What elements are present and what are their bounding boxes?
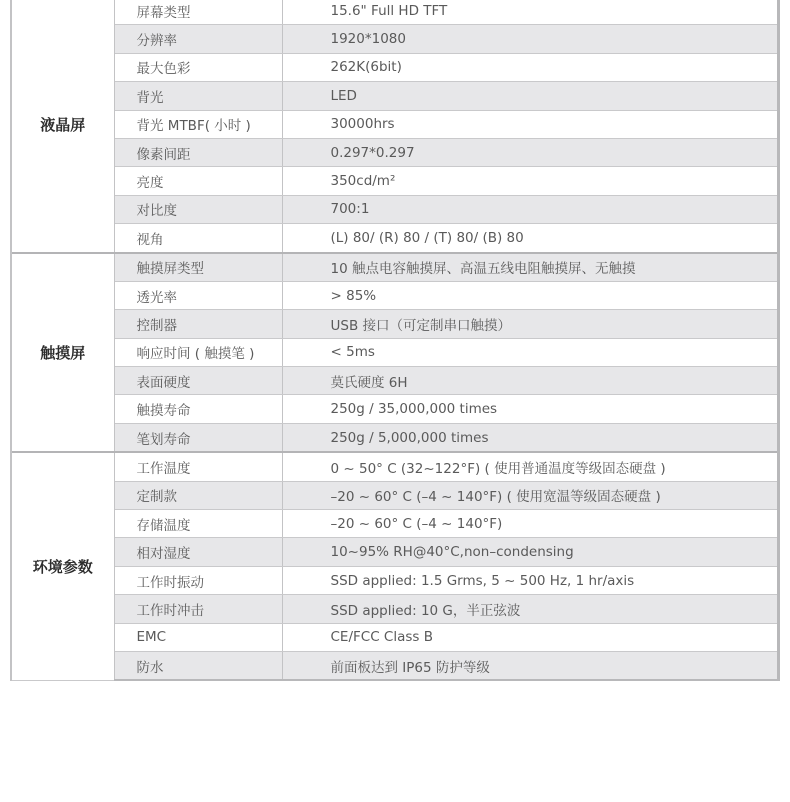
table-row: 亮度 350cd/m² — [11, 167, 778, 195]
spec-value: 350cd/m² — [282, 167, 778, 195]
spec-value: 1920*1080 — [282, 25, 778, 53]
table-row: 触摸寿命 250g / 35,000,000 times — [11, 395, 778, 423]
spec-label: 透光率 — [114, 281, 282, 309]
spec-value: 0.297*0.297 — [282, 138, 778, 166]
spec-label: 像素间距 — [114, 138, 282, 166]
table-row: 背光 LED — [11, 82, 778, 110]
category-lcd: 液晶屏 — [11, 0, 114, 253]
table-row: 工作时振动 SSD applied: 1.5 Grms, 5 ~ 500 Hz,… — [11, 566, 778, 594]
spec-value: SSD applied: 1.5 Grms, 5 ~ 500 Hz, 1 hr/… — [282, 566, 778, 594]
table-row: 对比度 700:1 — [11, 195, 778, 223]
spec-label: 存储温度 — [114, 510, 282, 538]
spec-value: USB 接口（可定制串口触摸） — [282, 310, 778, 338]
spec-label: 控制器 — [114, 310, 282, 338]
spec-value: –20 ~ 60° C (–4 ~ 140°F) ( 使用宽温等级固态硬盘 ) — [282, 481, 778, 509]
table-row: 笔划寿命 250g / 5,000,000 times — [11, 423, 778, 452]
category-touchscreen: 触摸屏 — [11, 253, 114, 453]
spec-table: 液晶屏 屏幕类型 15.6" Full HD TFT 分辨率 1920*1080… — [10, 0, 780, 681]
table-row: 最大色彩 262K(6bit) — [11, 53, 778, 81]
spec-label: 响应时间 ( 触摸笔 ) — [114, 338, 282, 366]
spec-value: (L) 80/ (R) 80 / (T) 80/ (B) 80 — [282, 224, 778, 253]
table-row: 分辨率 1920*1080 — [11, 25, 778, 53]
table-row: 背光 MTBF( 小时 ) 30000hrs — [11, 110, 778, 138]
spec-label: 最大色彩 — [114, 53, 282, 81]
spec-value: 250g / 5,000,000 times — [282, 423, 778, 452]
spec-label: 背光 — [114, 82, 282, 110]
spec-value: CE/FCC Class B — [282, 623, 778, 651]
spec-label: 防水 — [114, 651, 282, 680]
spec-label: EMC — [114, 623, 282, 651]
spec-label: 背光 MTBF( 小时 ) — [114, 110, 282, 138]
category-environment: 环境参数 — [11, 452, 114, 680]
spec-value: LED — [282, 82, 778, 110]
spec-value: > 85% — [282, 281, 778, 309]
spec-value: 700:1 — [282, 195, 778, 223]
spec-label: 工作温度 — [114, 452, 282, 481]
spec-label: 对比度 — [114, 195, 282, 223]
table-row: 像素间距 0.297*0.297 — [11, 138, 778, 166]
table-row: 响应时间 ( 触摸笔 ) < 5ms — [11, 338, 778, 366]
table-row: 表面硬度 莫氏硬度 6H — [11, 367, 778, 395]
spec-value: 10~95% RH@40°C,non–condensing — [282, 538, 778, 566]
spec-value: –20 ~ 60° C (–4 ~ 140°F) — [282, 510, 778, 538]
spec-label: 触摸屏类型 — [114, 253, 282, 282]
table-row: 存储温度 –20 ~ 60° C (–4 ~ 140°F) — [11, 510, 778, 538]
table-row: 视角 (L) 80/ (R) 80 / (T) 80/ (B) 80 — [11, 224, 778, 253]
table-row: 控制器 USB 接口（可定制串口触摸） — [11, 310, 778, 338]
spec-label: 笔划寿命 — [114, 423, 282, 452]
spec-value: 262K(6bit) — [282, 53, 778, 81]
table-row: 触摸屏 触摸屏类型 10 触点电容触摸屏、高温五线电阻触摸屏、无触摸 — [11, 253, 778, 282]
spec-label: 表面硬度 — [114, 367, 282, 395]
table-row: 液晶屏 屏幕类型 15.6" Full HD TFT — [11, 0, 778, 25]
spec-label: 亮度 — [114, 167, 282, 195]
spec-value: SSD applied: 10 G，半正弦波 — [282, 595, 778, 623]
spec-label: 定制款 — [114, 481, 282, 509]
spec-label: 分辨率 — [114, 25, 282, 53]
spec-value: 15.6" Full HD TFT — [282, 0, 778, 25]
spec-label: 相对湿度 — [114, 538, 282, 566]
spec-label: 工作时冲击 — [114, 595, 282, 623]
spec-value: 250g / 35,000,000 times — [282, 395, 778, 423]
table-row: 相对湿度 10~95% RH@40°C,non–condensing — [11, 538, 778, 566]
spec-value: 30000hrs — [282, 110, 778, 138]
spec-label: 视角 — [114, 224, 282, 253]
table-row: 透光率 > 85% — [11, 281, 778, 309]
table-row: 工作时冲击 SSD applied: 10 G，半正弦波 — [11, 595, 778, 623]
spec-label: 工作时振动 — [114, 566, 282, 594]
spec-value: 0 ~ 50° C (32~122°F) ( 使用普通温度等级固态硬盘 ) — [282, 452, 778, 481]
spec-label: 触摸寿命 — [114, 395, 282, 423]
spec-value: < 5ms — [282, 338, 778, 366]
table-row: 防水 前面板达到 IP65 防护等级 — [11, 651, 778, 680]
table-row: EMC CE/FCC Class B — [11, 623, 778, 651]
spec-label: 屏幕类型 — [114, 0, 282, 25]
table-row: 环境参数 工作温度 0 ~ 50° C (32~122°F) ( 使用普通温度等… — [11, 452, 778, 481]
spec-value: 前面板达到 IP65 防护等级 — [282, 651, 778, 680]
spec-value: 10 触点电容触摸屏、高温五线电阻触摸屏、无触摸 — [282, 253, 778, 282]
table-row: 定制款 –20 ~ 60° C (–4 ~ 140°F) ( 使用宽温等级固态硬… — [11, 481, 778, 509]
spec-value: 莫氏硬度 6H — [282, 367, 778, 395]
